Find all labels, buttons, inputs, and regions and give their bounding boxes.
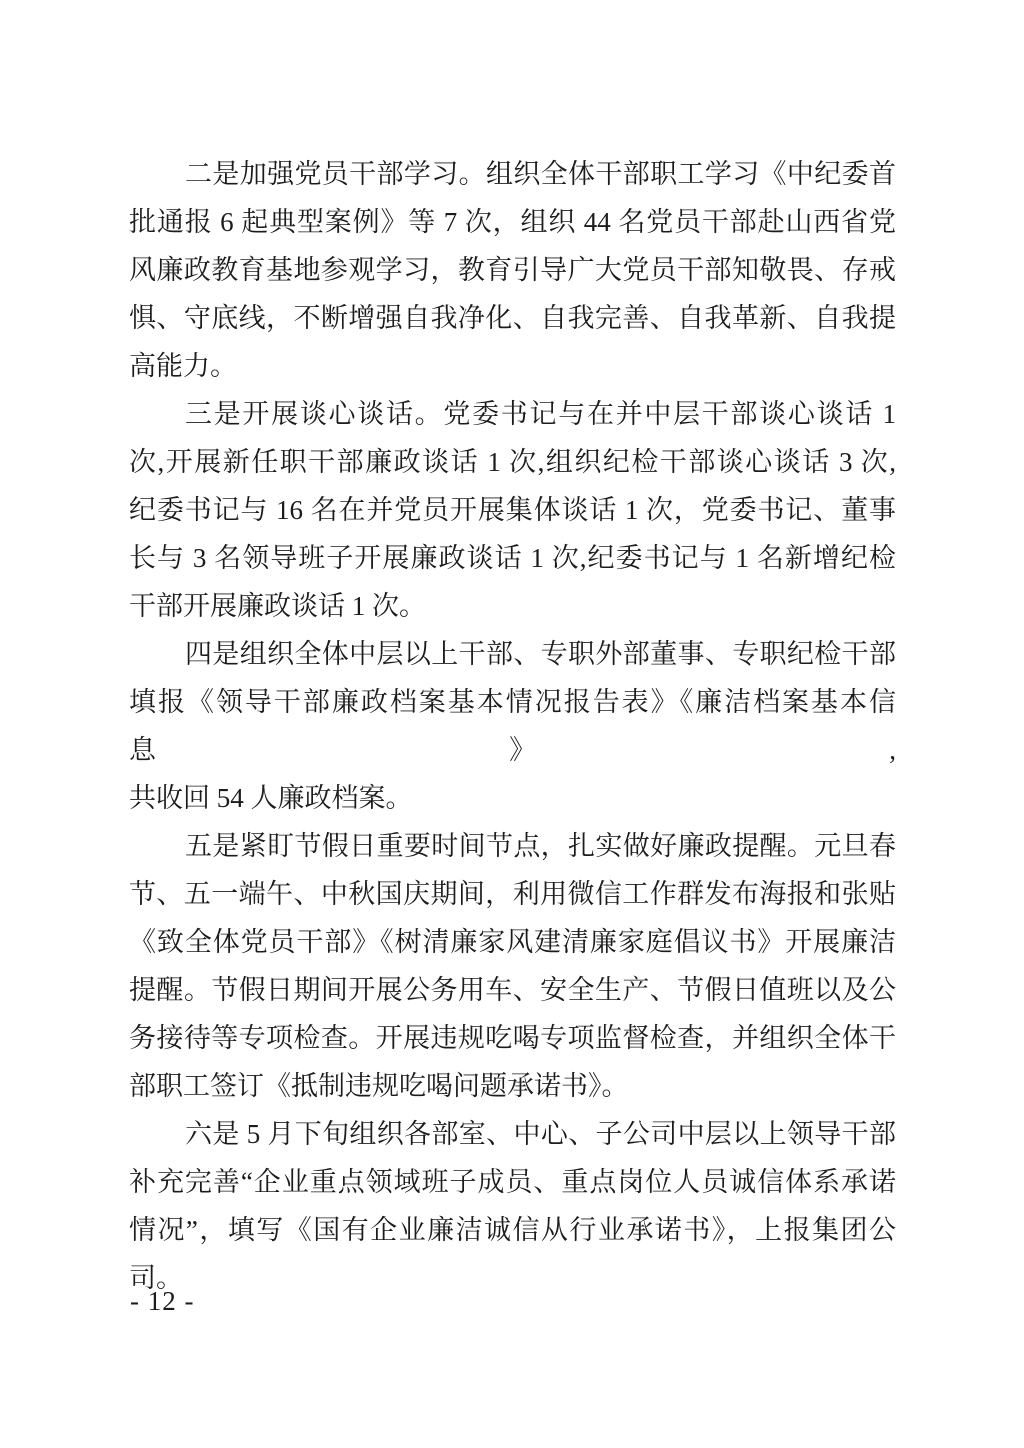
text-line: 风廉政教育基地参观学习，教育引导广大党员干部知敬畏、存戒 <box>129 246 896 294</box>
paragraph: 三是开展谈心谈话。党委书记与在并中层干部谈心谈话 1次,开展新任职干部廉政谈话 … <box>129 390 896 630</box>
document-body: 二是加强党员干部学习。组织全体干部职工学习《中纪委首批通报 6 起典型案例》等 … <box>129 150 896 1302</box>
text-line: 干部开展廉政谈话 1 次。 <box>129 582 896 630</box>
text-line: 务接待等专项检查。开展违规吃喝专项监督检查，并组织全体干 <box>129 1014 896 1062</box>
text-line: 五是紧盯节假日重要时间节点，扎实做好廉政提醒。元旦春 <box>129 822 896 870</box>
text-line: 长与 3 名领导班子开展廉政谈话 1 次,纪委书记与 1 名新增纪检 <box>129 534 896 582</box>
text-line: 纪委书记与 16 名在并党员开展集体谈话 1 次，党委书记、董事 <box>129 486 896 534</box>
text-line: 提醒。节假日期间开展公务用车、安全生产、节假日值班以及公 <box>129 966 896 1014</box>
text-line: 高能力。 <box>129 342 896 390</box>
text-line: 批通报 6 起典型案例》等 7 次，组织 44 名党员干部赴山西省党 <box>129 198 896 246</box>
text-line: 四是组织全体中层以上干部、专职外部董事、专职纪检干部 <box>129 630 896 678</box>
text-line: 次,开展新任职干部廉政谈话 1 次,组织纪检干部谈心谈话 3 次, <box>129 438 896 486</box>
text-line: 情况”，填写《国有企业廉洁诚信从行业承诺书》，上报集团公 <box>129 1206 896 1254</box>
text-line: 六是 5 月下旬组织各部室、中心、子公司中层以上领导干部 <box>129 1110 896 1158</box>
paragraph: 四是组织全体中层以上干部、专职外部董事、专职纪检干部填报《领导干部廉政档案基本情… <box>129 630 896 822</box>
text-line: 三是开展谈心谈话。党委书记与在并中层干部谈心谈话 1 <box>129 390 896 438</box>
paragraph: 六是 5 月下旬组织各部室、中心、子公司中层以上领导干部补充完善“企业重点领域班… <box>129 1110 896 1302</box>
text-line: 节、五一端午、中秋国庆期间，利用微信工作群发布海报和张贴 <box>129 870 896 918</box>
page-number: - 12 - <box>130 1286 194 1317</box>
text-line: 共收回 54 人廉政档案。 <box>129 774 896 822</box>
document-page: 二是加强党员干部学习。组织全体干部职工学习《中纪委首批通报 6 起典型案例》等 … <box>0 0 1024 1448</box>
text-line: 补充完善“企业重点领域班子成员、重点岗位人员诚信体系承诺 <box>129 1158 896 1206</box>
text-line: 《致全体党员干部》《树清廉家风建清廉家庭倡议书》开展廉洁 <box>129 918 896 966</box>
text-line: 司。 <box>129 1254 896 1302</box>
paragraph: 二是加强党员干部学习。组织全体干部职工学习《中纪委首批通报 6 起典型案例》等 … <box>129 150 896 390</box>
text-line: 惧、守底线，不断增强自我净化、自我完善、自我革新、自我提 <box>129 294 896 342</box>
text-line: 填报《领导干部廉政档案基本情况报告表》《廉洁档案基本信息》, <box>129 678 896 774</box>
text-line: 二是加强党员干部学习。组织全体干部职工学习《中纪委首 <box>129 150 896 198</box>
text-line: 部职工签订《抵制违规吃喝问题承诺书》。 <box>129 1062 896 1110</box>
paragraph: 五是紧盯节假日重要时间节点，扎实做好廉政提醒。元旦春节、五一端午、中秋国庆期间，… <box>129 822 896 1110</box>
